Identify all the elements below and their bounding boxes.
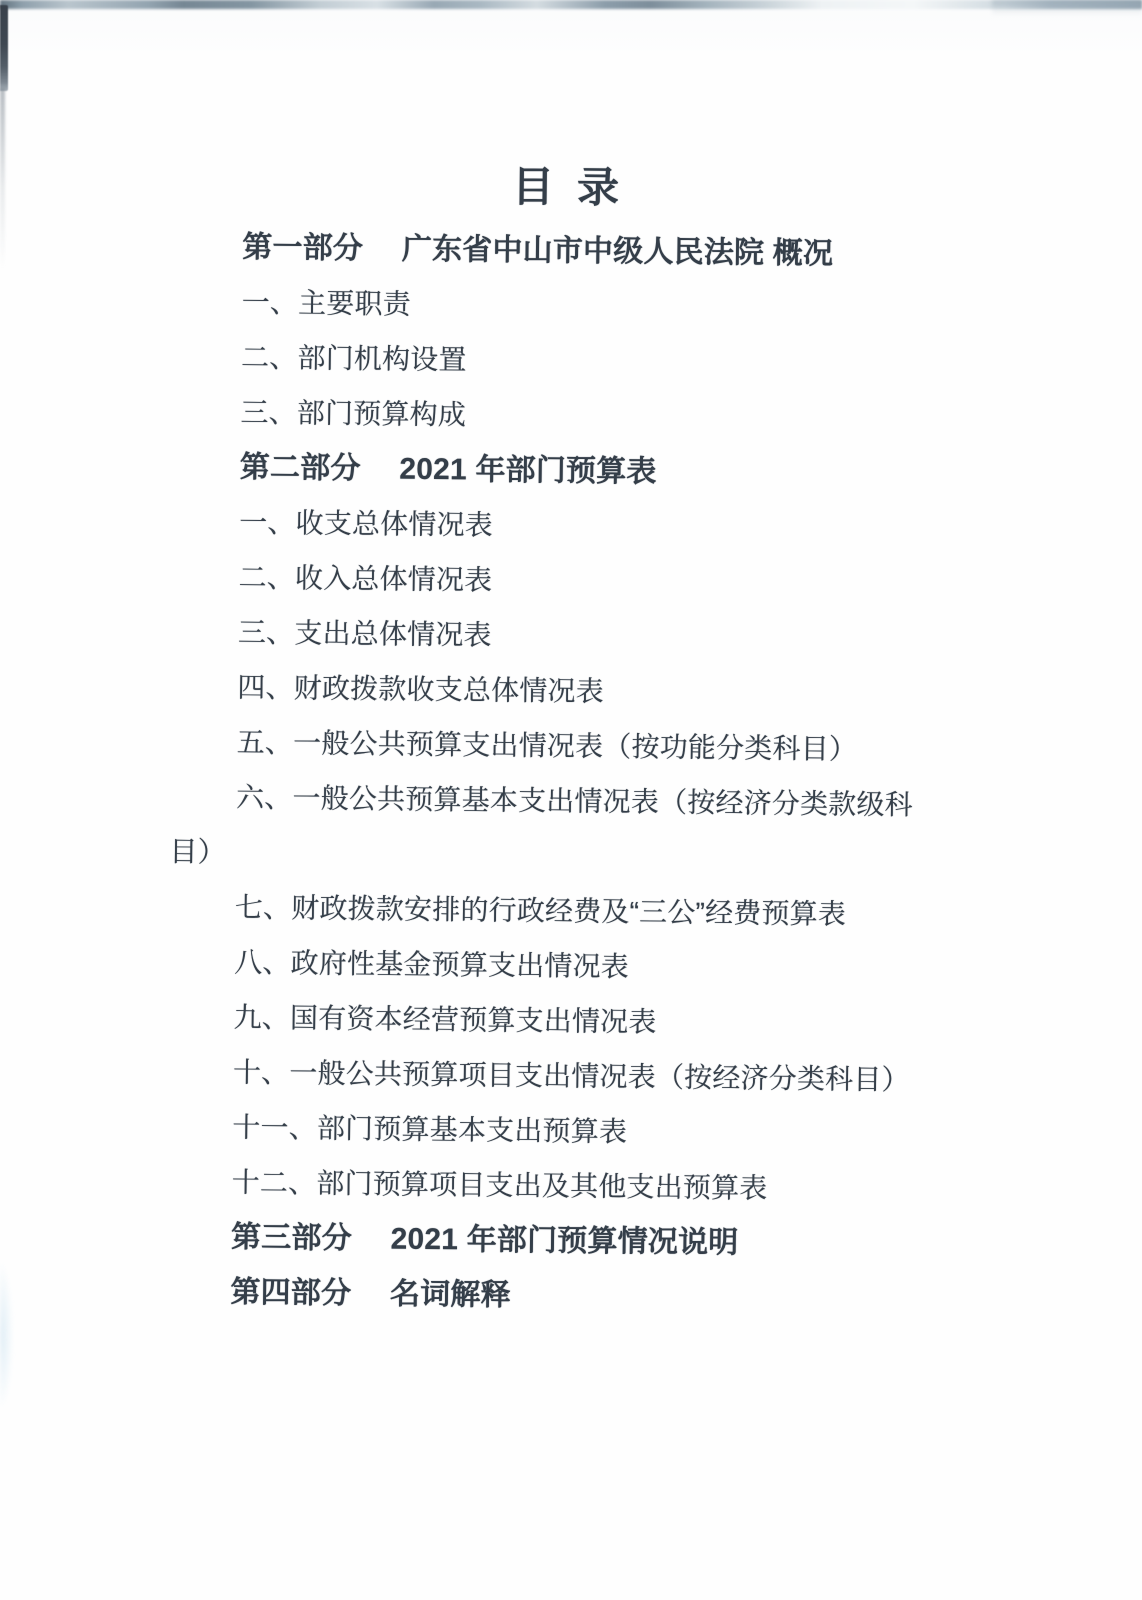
toc-page-content: 目 录 第一部分 广东省中山市中级人民法院 概况 一、主要职责 二、部门机构设置… bbox=[164, 157, 955, 1328]
scan-artifact-top-edge bbox=[0, 0, 1142, 9]
scan-artifact-left-tail bbox=[0, 88, 5, 268]
toc-entry: 六、一般公共预算基本支出情况表（按经济分类款级科目） bbox=[169, 769, 948, 888]
toc-entry: 八、政府性基金预算支出情况表 bbox=[168, 934, 947, 998]
toc-entry: 十一、部门预算基本支出预算表 bbox=[166, 1099, 945, 1163]
scan-artifact-top-right-smudge bbox=[992, 0, 1142, 16]
toc-entry: 三、部门预算构成 bbox=[174, 384, 953, 448]
toc-entry: 一、主要职责 bbox=[175, 274, 954, 338]
toc-entry: 四、财政拨款收支总体情况表 bbox=[171, 659, 950, 723]
toc-entry: 三、支出总体情况表 bbox=[172, 604, 951, 668]
toc-section-heading-part1: 第一部分 广东省中山市中级人民法院 概况 bbox=[176, 219, 955, 283]
toc-entry: 十、一般公共预算项目支出情况表（按经济分类科目） bbox=[167, 1044, 946, 1108]
page-title: 目 录 bbox=[177, 157, 956, 218]
toc-entry: 七、财政拨款安排的行政经费及“三公”经费预算表 bbox=[169, 879, 948, 943]
toc-entry: 九、国有资本经营预算支出情况表 bbox=[167, 989, 946, 1053]
toc-entry: 一、收支总体情况表 bbox=[173, 494, 952, 558]
toc-section-heading-part3: 第三部分 2021 年部门预算情况说明 bbox=[165, 1209, 944, 1273]
scan-artifact-left-smudge bbox=[0, 1255, 30, 1455]
scan-artifact-left-bar bbox=[0, 5, 8, 91]
toc-section-heading-part2: 第二部分 2021 年部门预算表 bbox=[174, 439, 953, 503]
toc-entry: 二、收入总体情况表 bbox=[172, 549, 951, 613]
toc-entry: 二、部门机构设置 bbox=[175, 329, 954, 393]
toc-section-heading-part4: 第四部分 名词解释 bbox=[164, 1264, 943, 1328]
toc-entry: 十二、部门预算项目支出及其他支出预算表 bbox=[165, 1154, 944, 1218]
toc-entry: 五、一般公共预算支出情况表（按功能分类科目） bbox=[170, 714, 949, 778]
